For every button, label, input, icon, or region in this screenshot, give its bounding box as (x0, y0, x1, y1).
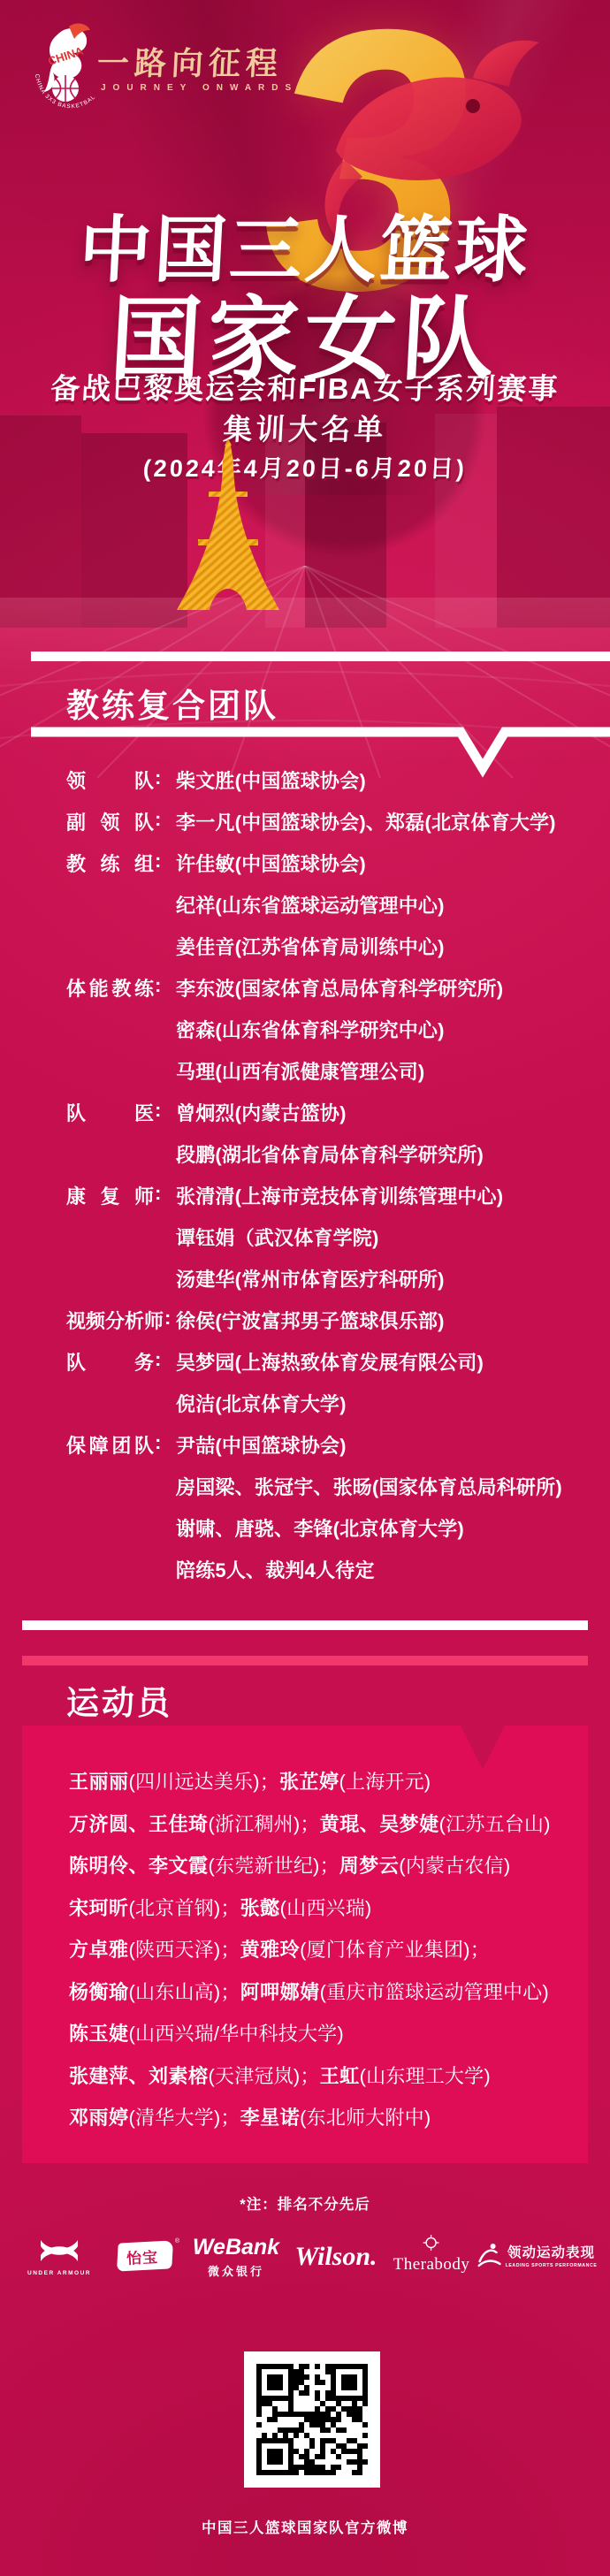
athlete-name: 黄雅玲 (240, 1935, 301, 1962)
staff-row: 密森(山东省体育科学研究中心) (66, 1009, 597, 1050)
therabody-wordmark: Therabody (393, 2255, 470, 2275)
webank-cn-wordmark: 微众银行 (193, 2262, 279, 2279)
brand-slogan-cn: 一路向征程 (96, 39, 285, 84)
staff-value: 徐侯(宁波富邦男子篮球俱乐部) (176, 1307, 445, 1334)
athlete-affiliation: (北京首钢)； (129, 1894, 240, 1921)
leading-sports-cn: 领动运动表现 (506, 2242, 598, 2261)
athlete-name: 王丽丽 (69, 1767, 129, 1795)
staff-value: 谢啸、唐骁、李锋(北京体育大学) (176, 1514, 464, 1542)
sponsor-wilson: Wilson. (294, 2235, 377, 2272)
staff-role-label: 领队 (66, 766, 154, 794)
athlete-affiliation: (山东山高)； (129, 1978, 240, 2005)
athlete-row: 杨衡瑜 (山东山高)； 阿呷娜婧 (重庆市篮球运动管理中心) (69, 1970, 582, 2013)
athlete-row: 万济圆、王佳琦 (浙江稠州)； 黄琨、吴梦婕 (江苏五台山) (69, 1802, 582, 1845)
hero-subtitle2: 集训大名单 (0, 407, 610, 448)
poster-canvas: 3 CHINA CHI (0, 0, 610, 2576)
athlete-name: 李星诺 (240, 2103, 301, 2130)
label-colon: : (155, 974, 161, 1002)
athlete-row: 陈明伶、李文霞 (东莞新世纪)； 周梦云 (内蒙古农信) (69, 1844, 582, 1886)
section-rule-top (31, 652, 610, 661)
staff-value: 许佳敏(中国篮球协会) (176, 850, 366, 877)
staff-value: 尹喆(中国篮球协会) (176, 1431, 347, 1459)
staff-row: 体能教练:李东波(国家体育总局体育科学研究所) (66, 967, 597, 1009)
eiffel-tower-icon (166, 437, 290, 618)
staff-row: 倪洁(北京体育大学) (66, 1383, 597, 1424)
staff-value: 汤建华(常州市体育医疗科研所) (176, 1265, 445, 1292)
athlete-rows: 王丽丽 (四川远达美乐)； 张芷婷 (上海开元)万济圆、王佳琦 (浙江稠州)； … (69, 1760, 582, 2138)
under-armour-icon (39, 2238, 80, 2263)
staff-value: 曾炯烈(内蒙古篮协) (176, 1099, 347, 1126)
athlete-name: 宋珂昕 (69, 1894, 129, 1921)
coaching-rows: 领队:柴文胜(中国篮球协会)副领队:李一凡(中国篮球协会)、郑磊(北京体育大学)… (66, 759, 597, 1590)
athlete-affiliation: (山东理工大学) (360, 2062, 491, 2089)
staff-row: 马理(山西有派健康管理公司) (66, 1050, 597, 1092)
staff-value: 陪练5人、裁判4人待定 (176, 1556, 375, 1583)
staff-role-label: 视频分析师 (66, 1307, 164, 1334)
label-colon: : (155, 808, 161, 835)
staff-row: 陪练5人、裁判4人待定 (66, 1549, 597, 1590)
athlete-row: 陈玉婕 (山西兴瑞/华中科技大学) (69, 2012, 582, 2054)
staff-row: 领队:柴文胜(中国篮球协会) (66, 759, 597, 801)
staff-row: 副领队:李一凡(中国篮球协会)、郑磊(北京体育大学) (66, 801, 597, 842)
athlete-row: 张建萍、刘素榕 (天津冠岚)； 王虹 (山东理工大学) (69, 2054, 582, 2097)
staff-value: 张清清(上海市竞技体育训练管理中心) (176, 1182, 503, 1209)
staff-role-label: 副领队 (66, 808, 154, 835)
staff-row: 康复师:张清清(上海市竞技体育训练管理中心) (66, 1175, 597, 1216)
weibo-qr-code (244, 2351, 380, 2488)
webank-wordmark: WeBank (193, 2235, 279, 2260)
training-date-range: (2024年4月20日-6月20日) (0, 449, 610, 484)
athlete-affiliation: (山西兴瑞/华中科技大学) (129, 2019, 344, 2046)
athlete-name: 陈明伶、李文霞 (69, 1851, 209, 1879)
ranking-note: *注：排名不分先后 (0, 2192, 610, 2214)
staff-row: 纪祥(山东省篮球运动管理中心) (66, 884, 597, 926)
athlete-name: 黄琨、吴梦婕 (320, 1810, 439, 1837)
athlete-affiliation: (浙江稠州)； (209, 1810, 320, 1837)
staff-value: 纪祥(山东省篮球运动管理中心) (176, 891, 445, 918)
athlete-row: 邓雨婷 (清华大学)； 李星诺 (东北师大附中) (69, 2096, 582, 2138)
athletes-section-header: 运动员 (66, 1676, 172, 1724)
label-colon: : (155, 850, 161, 877)
athlete-name: 张芷婷 (279, 1767, 339, 1795)
staff-value: 房国梁、张冠宇、张旸(国家体育总局科研所) (176, 1473, 562, 1500)
staff-row: 队务:吴梦园(上海热致体育发展有限公司) (66, 1341, 597, 1383)
registered-mark: ® (175, 2238, 179, 2244)
brand-slogan-en: JOURNEY ONWARDS (101, 83, 298, 93)
label-colon: : (155, 766, 161, 794)
athlete-affiliation: (江苏五台山) (439, 1810, 551, 1837)
label-colon: : (164, 1307, 171, 1334)
staff-role-label: 康复师 (66, 1182, 154, 1209)
staff-role-label: 队务 (66, 1348, 154, 1376)
wilson-wordmark: Wilson. (294, 2242, 377, 2272)
staff-role-label: 队医 (66, 1099, 154, 1126)
sponsor-row: UNDER ARMOUR 怡宝 ® WeBank 微众银行 Wilson. (0, 2235, 610, 2297)
staff-value: 段鹏(湖北省体育局体育科学研究所) (176, 1140, 484, 1168)
staff-value: 姜佳音(江苏省体育局训练中心) (176, 933, 445, 960)
sponsor-leading-sports: 领动运动表现 LEADING SPORTS PERFORMANCE (478, 2235, 598, 2268)
staff-value: 密森(山东省体育科学研究中心) (176, 1016, 445, 1043)
staff-value: 吴梦园(上海热致体育发展有限公司) (176, 1348, 484, 1376)
staff-row: 汤建华(常州市体育医疗科研所) (66, 1258, 597, 1299)
staff-role-label: 体能教练 (66, 974, 154, 1002)
staff-role-label: 教练组 (66, 850, 154, 877)
athlete-affiliation: (内蒙古农信) (399, 1851, 510, 1879)
athlete-affiliation: (山西兴瑞) (280, 1894, 372, 1921)
athlete-affiliation: (东莞新世纪)； (209, 1851, 339, 1879)
staff-value: 李一凡(中国篮球协会)、郑磊(北京体育大学) (176, 808, 556, 835)
sponsor-under-armour: UNDER ARMOUR (27, 2235, 91, 2276)
staff-row: 姜佳音(江苏省体育局训练中心) (66, 926, 597, 967)
athlete-name: 阿呷娜婧 (240, 1978, 320, 2005)
athlete-affiliation: (陕西天泽)； (129, 1935, 240, 1962)
athlete-affiliation: (清华大学)； (129, 2103, 240, 2130)
athlete-name: 张懿 (240, 1894, 280, 1921)
label-colon: : (155, 1348, 161, 1376)
staff-value: 谭钰娟（武汉体育学院) (176, 1223, 379, 1251)
under-armour-wordmark: UNDER ARMOUR (27, 2270, 91, 2276)
china-3x3-badge-logo: CHINA CHINA 3X3 BASKETBALL (30, 23, 99, 111)
athlete-name: 陈玉婕 (69, 2019, 129, 2046)
staff-value: 倪洁(北京体育大学) (176, 1390, 347, 1417)
qr-caption: 中国三人篮球国家队官方微博 (0, 2516, 610, 2537)
staff-row: 队医:曾炯烈(内蒙古篮协) (66, 1092, 597, 1133)
cestbon-wordmark: 怡宝 (126, 2244, 158, 2268)
label-colon: : (155, 1099, 161, 1126)
athlete-row: 宋珂昕 (北京首钢)； 张懿 (山西兴瑞) (69, 1886, 582, 1929)
sponsor-cestbon: 怡宝 ® (118, 2235, 176, 2275)
staff-row: 保障团队:尹喆(中国篮球协会) (66, 1424, 597, 1466)
staff-row: 谭钰娟（武汉体育学院) (66, 1216, 597, 1258)
staff-row: 视频分析师:徐侯(宁波富邦男子篮球俱乐部) (66, 1299, 597, 1341)
hero-subtitle: 备战巴黎奥运会和FIBA女子系列赛事 (0, 366, 610, 408)
staff-row: 段鹏(湖北省体育局体育科学研究所) (66, 1133, 597, 1175)
athlete-name: 张建萍、刘素榕 (69, 2062, 209, 2089)
athletes-divider-white (22, 1620, 588, 1630)
staff-value: 李东波(国家体育总局体育科学研究所) (176, 974, 503, 1002)
sponsor-webank: WeBank 微众银行 (193, 2235, 279, 2279)
qr-code (256, 2364, 368, 2475)
athlete-affiliation: (天津冠岚)； (209, 2062, 320, 2089)
athlete-name: 杨衡瑜 (69, 1978, 129, 2005)
athletes-divider-pink (22, 1656, 588, 1665)
athlete-row: 方卓雅 (陕西天泽)； 黄雅玲 (厦门体育产业集团)； (69, 1928, 582, 1970)
athlete-name: 万济圆、王佳琦 (69, 1810, 209, 1837)
staff-row: 房国梁、张冠宇、张旸(国家体育总局科研所) (66, 1466, 597, 1507)
athlete-name: 王虹 (320, 2062, 360, 2089)
athlete-affiliation: (上海开元) (339, 1767, 431, 1795)
athlete-affiliation: (四川远达美乐)； (129, 1767, 279, 1795)
athlete-row: 王丽丽 (四川远达美乐)； 张芷婷 (上海开元) (69, 1760, 582, 1802)
athlete-name: 周梦云 (339, 1851, 400, 1879)
label-colon: : (155, 1431, 161, 1459)
athlete-name: 方卓雅 (69, 1935, 129, 1962)
therabody-icon (423, 2235, 439, 2251)
athlete-affiliation: (厦门体育产业集团)； (300, 1935, 490, 1962)
leading-sports-icon (478, 2242, 501, 2268)
athlete-affiliation: (东北师大附中) (300, 2103, 431, 2130)
staff-row: 谢啸、唐骁、李锋(北京体育大学) (66, 1507, 597, 1549)
staff-row: 教练组:许佳敏(中国篮球协会) (66, 842, 597, 884)
label-colon: : (155, 1182, 161, 1209)
coaching-section-header: 教练复合团队 (66, 679, 278, 727)
athlete-affiliation: (重庆市篮球运动管理中心) (320, 1978, 549, 2005)
athlete-name: 邓雨婷 (69, 2103, 129, 2130)
staff-value: 马理(山西有派健康管理公司) (176, 1057, 424, 1085)
staff-role-label: 保障团队 (66, 1431, 154, 1459)
staff-value: 柴文胜(中国篮球协会) (176, 766, 366, 794)
sponsor-therabody: Therabody (393, 2235, 470, 2275)
leading-sports-en: LEADING SPORTS PERFORMANCE (506, 2263, 598, 2268)
